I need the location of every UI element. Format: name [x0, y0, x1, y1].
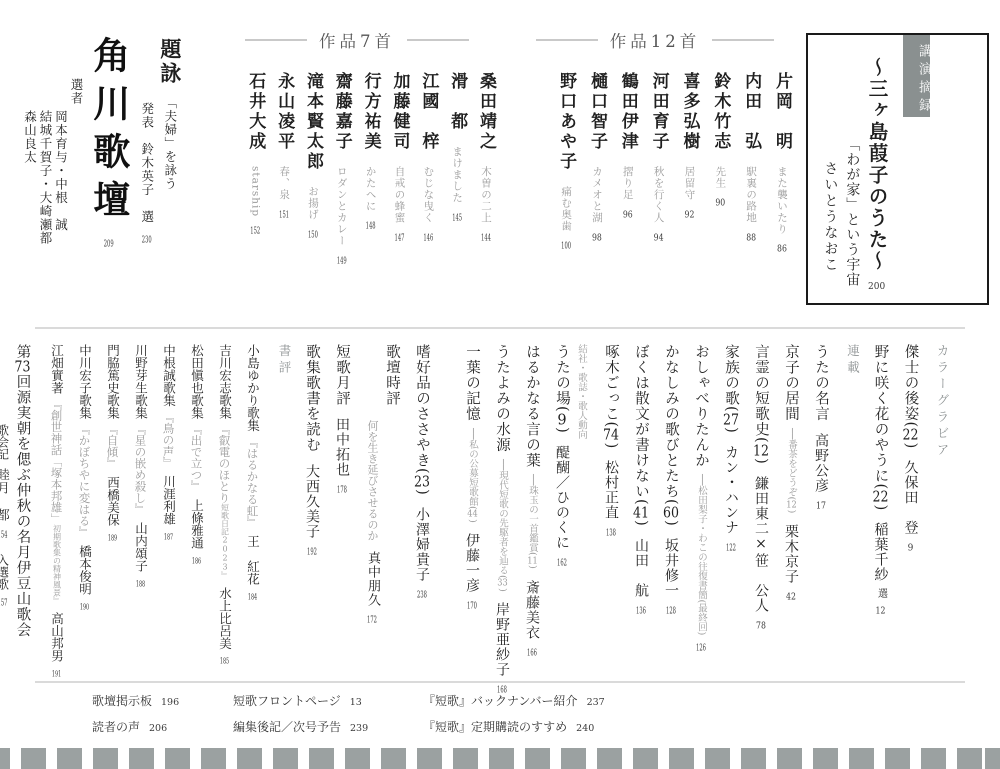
- page-number: 126: [696, 644, 706, 653]
- section-label-shohyo: 書評: [278, 344, 291, 676]
- toc-entry: ぼくは散文が書けない(41)山田 航136: [633, 344, 649, 676]
- toc-entry: はるかなる言の葉──珠玉の一首鑑賞(11)斎藤美衣166: [524, 344, 540, 676]
- author-name: 江國 梓: [418, 72, 438, 152]
- book-review-entry: 中根誠歌集『鳥の声』川涯利雄187: [161, 344, 177, 676]
- page-number: 150: [308, 231, 318, 240]
- divider-rule-bottom: [35, 681, 965, 683]
- section-heading: 作品7首: [319, 28, 395, 52]
- toc-title: 歌壇時評: [384, 344, 400, 406]
- daiei-title-line: 題詠「夫婦」を詠う: [159, 38, 182, 273]
- daiei-announce-line: 発表 鈴木英子 選230: [140, 38, 154, 273]
- reviewer-name: 王 紅花: [246, 535, 261, 585]
- book-review-title: 中川宏子歌集: [78, 344, 93, 419]
- toc-entry: 言霊の短歌史(12)鎌田東二×笹 公人78: [753, 344, 769, 676]
- work-entry: 鶴田伊津摺り足96: [618, 72, 636, 337]
- book-title-small: 初期歌集の精神風景』: [53, 525, 62, 605]
- book-review-entry: 松田愼也歌集『出で立つ』上條雅通186: [189, 344, 205, 676]
- section-heading: 作品12首: [610, 28, 701, 52]
- work-title: starship: [249, 166, 261, 217]
- author-name: 内田 弘: [741, 72, 761, 152]
- book-review-entry: 小島ゆかり歌集『はるかなる虹』王 紅花184: [245, 344, 261, 676]
- toc-author: 栗木京子: [783, 524, 799, 584]
- page-number: 147: [394, 234, 404, 243]
- lecture-feature-box: 講演摘録 ～三ヶ島葭子のうた～ 「わが家」という宇宙 さいとうなおこ 200: [806, 33, 989, 305]
- work-entry: 樋口智子カメオと湖98: [587, 72, 605, 337]
- toc-author: 斎藤美衣: [524, 580, 540, 640]
- page-number: 240: [576, 723, 594, 734]
- work-title: ロダンとカレー: [336, 166, 348, 247]
- toc-entry-jihyo: 歌壇時評 何を生き延びさせるのか真中朋久172: [364, 344, 400, 676]
- page-number: 90: [715, 199, 725, 208]
- work-title: 木曽の二上: [480, 166, 492, 224]
- book-title: 『はるかなる虹』: [246, 436, 260, 528]
- page-number: 162: [557, 559, 567, 568]
- work-title: お揚げ: [307, 186, 319, 221]
- utakai-record-label: 歌会記: [0, 424, 10, 460]
- toc-title: うたの場(9): [554, 344, 570, 434]
- senja-name: 岡本育与・中根 誠: [54, 78, 67, 293]
- toc-title: 傑士の後姿(22): [903, 344, 919, 449]
- reviewer-name: 高山邦男: [50, 612, 65, 662]
- book-title: 『叡電のほとり: [218, 423, 232, 504]
- work-entry: 滑 都まけました145: [447, 72, 465, 337]
- work-entry: 河田育子秋を行く人94: [649, 72, 667, 337]
- work-entry: 野口あや子痛む奥歯100: [556, 72, 574, 337]
- work-entry: 行方祐美かたへに148: [361, 72, 379, 337]
- section-label-gravure: カラーグラビア: [936, 344, 949, 676]
- toc-subtitle: ──現代短歌の先駆者を辿る(33): [497, 459, 508, 592]
- author-name: 行方祐美: [361, 72, 381, 152]
- daiei-announce: 発表 鈴木英子 選: [140, 102, 155, 224]
- author-name: 滝本賢太郎: [303, 72, 323, 172]
- page-number: 230: [142, 236, 152, 245]
- work-title: かたへに: [365, 166, 377, 212]
- toc-title: かなしみの歌びとたち(60): [663, 344, 679, 527]
- author-name: 喜多弘樹: [679, 72, 699, 152]
- book-review-title: 川野芽生歌集: [134, 344, 149, 419]
- page-number: 200: [868, 283, 885, 293]
- toc-pre-label: 結社・歌誌・歌人動向: [576, 344, 587, 439]
- page-number: 209: [104, 240, 114, 249]
- section-head-sakuhin7: 作品7首: [222, 28, 492, 52]
- page-number: 187: [164, 533, 174, 542]
- page-number: 184: [248, 593, 258, 602]
- page-number: 196: [161, 697, 179, 708]
- book-review-entry: 川野芽生歌集『星の嵌め殺し』山内頌子188: [133, 344, 149, 676]
- author-name: 野口あや子: [556, 72, 576, 172]
- footer-label: 『短歌』定期購読のすすめ: [423, 718, 567, 735]
- book-review-title: 中根誠歌集: [162, 344, 177, 407]
- book-review-title: 吉川宏志歌集: [218, 344, 233, 419]
- page-number: 188: [136, 580, 146, 589]
- page-number: 13: [350, 697, 362, 708]
- reviewer-name: 水上比呂美: [218, 587, 233, 650]
- page-number: 238: [417, 591, 427, 600]
- work-title: 居留守: [683, 166, 695, 201]
- kadan-title: 角川歌壇: [87, 36, 131, 228]
- page-number: 239: [350, 723, 368, 734]
- toc-entry: かなしみの歌びとたち(60)坂井修一128: [663, 344, 679, 676]
- page-number: 237: [587, 697, 605, 708]
- book-review-title: 松田愼也歌集: [190, 344, 205, 419]
- toc-title: はるかなる言の葉: [524, 344, 540, 468]
- author-name: 鈴木竹志: [710, 72, 730, 152]
- book-title: 『自傾』: [106, 423, 120, 469]
- reviewer-name: 山内頌子: [134, 522, 149, 572]
- page-number: 189: [108, 534, 118, 543]
- toc-entry: 野に咲く花のやうに(22)稲葉千紗選12: [873, 344, 889, 676]
- toc-entry: 傑士の後姿(22)久保田 登9: [903, 344, 919, 676]
- toc-entry-utakai: 第73回源実朝を偲ぶ仲秋の名月伊豆山歌会 歌会記睦月 都154入選歌157: [0, 344, 31, 676]
- daiei-block: 題詠「夫婦」を詠う 発表 鈴木英子 選230: [140, 38, 182, 273]
- author-name: 樋口智子: [587, 72, 607, 152]
- toc-title: 野に咲く花のやうに(22): [873, 344, 889, 511]
- work-entry: 内田 弘駅裏の路地88: [741, 72, 759, 337]
- page-number: 144: [481, 234, 491, 243]
- footer-label: 短歌フロントページ: [233, 692, 341, 709]
- author-name: 加藤健司: [389, 72, 409, 152]
- toc-author: カン・ハンナ: [723, 445, 739, 535]
- author-name: 滑 都: [447, 72, 467, 132]
- footer-label: 『短歌』バックナンバー紹介: [423, 692, 578, 709]
- page-number: 136: [636, 607, 646, 616]
- sakuhin12-list: 片岡 明また襲いたり86 内田 弘駅裏の路地88 鈴木竹志先生90 喜多弘樹居留…: [532, 72, 790, 337]
- toc-entry-utanoba: 結社・歌誌・歌人動向 うたの場(9)醍醐／ひのくに162: [554, 344, 589, 676]
- selector-mark: 選: [876, 588, 887, 598]
- toc-title: 歌集歌書を読む: [304, 344, 320, 453]
- toc-author: 鎌田東二×笹 公人: [753, 476, 769, 613]
- work-title: また襲いたり: [776, 166, 788, 235]
- toc-title: 第73回源実朝を偲ぶ仲秋の名月伊豆山歌会: [15, 344, 31, 638]
- toc-title: ぼくは散文が書けない(41): [633, 344, 649, 527]
- work-title: 痛む奥歯: [560, 186, 572, 232]
- toc-author: 稲葉千紗: [873, 522, 889, 582]
- footer-group-b: 短歌フロントページ13 編集後記／次号予告239: [233, 692, 368, 735]
- book-title: 『かぼちやに変はる』: [78, 423, 92, 538]
- toc-author: 岸野亜紗子: [494, 602, 510, 677]
- book-review-entry: 吉川宏志歌集『叡電のほとり短歌日記2023』水上比呂美185: [217, 344, 233, 676]
- work-title: まけました: [451, 146, 463, 204]
- toc-title: 短歌月評: [334, 344, 350, 406]
- utakai-title-line: 第73回源実朝を偲ぶ仲秋の名月伊豆山歌会: [15, 344, 31, 676]
- footer-item: 短歌フロントページ13: [233, 692, 368, 709]
- footer-item: 読者の声206: [92, 718, 179, 735]
- page-number: 17: [816, 502, 826, 511]
- author-name: 鶴田伊津: [618, 72, 638, 152]
- page-number: 172: [367, 616, 377, 625]
- work-title: 先生: [714, 166, 726, 189]
- page-number: 148: [366, 222, 376, 231]
- work-title: 摺り足: [622, 166, 634, 201]
- toc-title-line: 歌壇時評: [384, 344, 400, 676]
- toc-entry: うたよみの水源──現代短歌の先駆者を辿る(33)岸野亜紗子168: [494, 344, 510, 676]
- footer-group-a: 歌壇掲示板196 読者の声206: [92, 692, 179, 735]
- toc-author: 坂井修一: [663, 538, 679, 598]
- lecture-title: ～三ヶ島葭子のうた～: [866, 57, 887, 272]
- footer-label: 歌壇掲示板: [92, 692, 152, 709]
- toc-author: 松村正直: [603, 460, 619, 520]
- toc-title: 一葉の記憶: [464, 344, 480, 422]
- toc-author: 田中拓也: [334, 417, 350, 477]
- toc-entry: 嗜好品のささやき(23)小澤婦貴子238: [414, 344, 430, 676]
- footer-label: 読者の声: [92, 718, 140, 735]
- toc-main-line: うたの場(9)醍醐／ひのくに162: [554, 344, 570, 676]
- toc-author: 大西久美子: [304, 464, 320, 539]
- toc-title: うたの名言: [813, 344, 829, 422]
- perforation-strip: [0, 748, 1000, 769]
- page-number: 9: [906, 544, 916, 553]
- kadan-title-block: 角川歌壇209: [88, 36, 129, 286]
- toc-author: 小澤婦貴子: [414, 507, 430, 582]
- book-title: 『鳥の声』: [162, 411, 176, 469]
- senja-name: 結城千賀子・大崎瀬都: [39, 78, 52, 293]
- head-rule-left: [245, 39, 307, 41]
- page-number: 178: [337, 486, 347, 495]
- book-review-title: 小島ゆかり歌集: [246, 344, 261, 432]
- page-number: 94: [654, 234, 664, 243]
- work-title: 春、泉: [278, 166, 290, 201]
- toc-title: 京子の居間: [783, 344, 799, 422]
- daiei-theme: 「夫婦」を詠う: [163, 96, 178, 191]
- toc-entry: 歌集歌書を読む大西久美子192: [304, 344, 320, 676]
- footer-group-c: 『短歌』バックナンバー紹介237 『短歌』定期購読のすすめ240: [423, 692, 605, 735]
- toc-title: うたよみの水源: [494, 344, 510, 453]
- senja-label: 選者: [70, 78, 83, 293]
- lecture-author: さいとうなおこ: [822, 161, 837, 273]
- page-number: 157: [0, 599, 8, 608]
- toc-author: 睦月 都: [0, 468, 11, 522]
- footer-item: 『短歌』定期購読のすすめ240: [423, 718, 605, 735]
- head-rule-right: [712, 39, 774, 41]
- footer-item: 『短歌』バックナンバー紹介237: [423, 692, 605, 709]
- toc-entry: 短歌月評田中拓也178: [334, 344, 350, 676]
- book-review-entry: 門脇篤史歌集『自傾』西橋美保189: [105, 344, 121, 676]
- work-entry: 石井大成starship152: [245, 72, 263, 337]
- author-name: 齋藤嘉子: [332, 72, 352, 152]
- work-entry: 齋藤嘉子ロダンとカレー149: [332, 72, 350, 337]
- page-number: 151: [279, 211, 289, 220]
- toc-entry: 一葉の記憶──私の公募短歌館(44)伊藤一彦170: [464, 344, 480, 676]
- book-title-small: 短歌日記2023』: [221, 504, 230, 580]
- toc-title: おしゃべりたんか: [693, 344, 709, 468]
- toc-author: 真中朋久: [365, 551, 380, 607]
- book-title: 『星の嵌め殺し』: [134, 423, 148, 515]
- reviewer-name: 橋本俊明: [78, 545, 93, 595]
- page-number: 186: [192, 557, 202, 566]
- reviewer-name: 川涯利雄: [162, 475, 177, 525]
- toc-subtitle: ──私の公募短歌館(44): [467, 428, 478, 523]
- author-name: 石井大成: [245, 72, 265, 152]
- divider-rule-top: [35, 327, 965, 329]
- page-number: 149: [337, 257, 347, 266]
- book-review-entry: 江畑實著『創世神話「塚本邦雄」初期歌集の精神風景』高山邦男191: [49, 344, 65, 676]
- page-number: 98: [592, 234, 602, 243]
- book-review-title: 門脇篤史歌集: [106, 344, 121, 419]
- sakuhin7-list: 桑田靖之木曽の二上144 滑 都まけました145 江國 梓むじな曳く146 加藤…: [232, 72, 494, 337]
- footer-item: 歌壇掲示板196: [92, 692, 179, 709]
- toc-entry: 啄木ごっこ(74)松村正直138: [603, 344, 619, 676]
- page-number: 166: [527, 649, 537, 658]
- page-number: 42: [786, 593, 796, 602]
- book-title: 『創世神話「塚本邦雄」: [50, 398, 64, 525]
- page-number: 191: [52, 670, 62, 679]
- senja-name: 森山良太: [23, 78, 36, 293]
- lecture-tag-badge: 講演摘録: [903, 35, 930, 117]
- page-number: 78: [756, 622, 766, 631]
- toc-author: 山田 航: [633, 538, 649, 598]
- page-number: 170: [467, 602, 477, 611]
- work-title: 秋を行く人: [653, 166, 665, 224]
- daiei-title: 題詠: [158, 38, 183, 86]
- work-title: 駅裏の路地: [745, 166, 757, 224]
- toc-author: 高野公彦: [813, 433, 829, 493]
- work-entry: 滝本賢太郎お揚げ150: [303, 72, 321, 337]
- work-entry: 加藤健司自戒の蜂蜜147: [390, 72, 408, 337]
- author-name: 永山凌平: [274, 72, 294, 152]
- page-number: 146: [423, 234, 433, 243]
- page-number: 122: [726, 544, 736, 553]
- book-review-entry: 中川宏子歌集『かぼちやに変はる』橋本俊明190: [77, 344, 93, 676]
- toc-sub-line: 何を生き延びさせるのか真中朋久172: [364, 344, 380, 676]
- footer-label: 編集後記／次号予告: [233, 718, 341, 735]
- toc-entry: 家族の歌(27)カン・ハンナ122: [723, 344, 739, 676]
- head-rule-right: [407, 39, 469, 41]
- toc-entry: うたの名言高野公彦17: [813, 344, 829, 676]
- page-number: 154: [0, 531, 8, 540]
- work-entry: 永山凌平春、泉151: [274, 72, 292, 337]
- page-number: 190: [80, 603, 90, 612]
- toc-title: 啄木ごっこ(74): [603, 344, 619, 449]
- work-entry: 喜多弘樹居留守92: [680, 72, 698, 337]
- page-number: 185: [220, 657, 230, 666]
- toc-author: 醍醐／ひのくに: [554, 445, 570, 550]
- work-entry: 桑田靖之木曽の二上144: [476, 72, 494, 337]
- author-name: 河田育子: [649, 72, 669, 152]
- toc-subtitle: ──珠玉の一首鑑賞(11): [527, 474, 538, 569]
- page-number: 12: [876, 607, 886, 616]
- page-number: 128: [666, 607, 676, 616]
- utakai-winner-label: 入選歌: [0, 554, 10, 590]
- toc-main: カラーグラビア 傑士の後姿(22)久保田 登9 野に咲く花のやうに(22)稲葉千…: [28, 344, 948, 676]
- toc-subtitle: ──番茶をどうぞ(12): [786, 428, 797, 513]
- senja-block: 選者 岡本育与・中根 誠 結城千賀子・大崎瀬都 森山良太: [20, 78, 82, 293]
- author-name: 桑田靖之: [476, 72, 496, 152]
- page-number: 88: [746, 234, 756, 243]
- work-title: 自戒の蜂蜜: [393, 166, 405, 224]
- utakai-detail-line: 歌会記睦月 都154入選歌157: [0, 344, 11, 676]
- work-entry: 江國 梓むじな曳く146: [418, 72, 436, 337]
- page-number: 138: [606, 529, 616, 538]
- toc-pre-label-line: 結社・歌誌・歌人動向: [573, 344, 589, 676]
- work-title: カメオと湖: [591, 166, 603, 224]
- head-rule-left: [536, 39, 598, 41]
- page-number: 206: [149, 723, 167, 734]
- lecture-subtitle: 「わが家」という宇宙: [844, 137, 859, 287]
- footer-item: 編集後記／次号予告239: [233, 718, 368, 735]
- page-number: 145: [452, 214, 462, 223]
- page-number: 92: [684, 211, 694, 220]
- toc-subtitle: 何を生き延びさせるのか: [366, 420, 379, 541]
- page-number: 96: [623, 211, 633, 220]
- page-number: 152: [250, 227, 260, 236]
- work-entry: 片岡 明また襲いたり86: [772, 72, 790, 337]
- reviewer-name: 上條雅通: [190, 499, 205, 549]
- toc-title: 家族の歌(27): [723, 344, 739, 434]
- page-number: 100: [561, 242, 571, 251]
- reviewer-name: 西橋美保: [106, 476, 121, 526]
- toc-author: 伊藤一彦: [464, 533, 480, 593]
- book-title: 『出で立つ』: [190, 423, 204, 492]
- toc-entry: おしゃべりたんか──松田梨子・わこの往復書簡(最終回)126: [693, 344, 709, 676]
- toc-title: 言霊の短歌史(12): [753, 344, 769, 465]
- toc-entry: 京子の居間──番茶をどうぞ(12)栗木京子42: [783, 344, 799, 676]
- book-review-title: 江畑實著: [50, 344, 65, 394]
- work-title: むじな曳く: [422, 166, 434, 224]
- toc-author: 久保田 登: [903, 460, 919, 535]
- work-entry: 鈴木竹志先生90: [710, 72, 728, 337]
- page-number: 192: [307, 548, 317, 557]
- section-head-sakuhin12: 作品12首: [520, 28, 790, 52]
- page-number: 86: [777, 245, 787, 254]
- toc-subtitle: ──松田梨子・わこの往復書簡(最終回): [696, 474, 707, 635]
- author-name: 片岡 明: [772, 72, 792, 152]
- toc-title: 嗜好品のささやき(23): [414, 344, 430, 496]
- section-label-rensai: 連載: [846, 344, 859, 676]
